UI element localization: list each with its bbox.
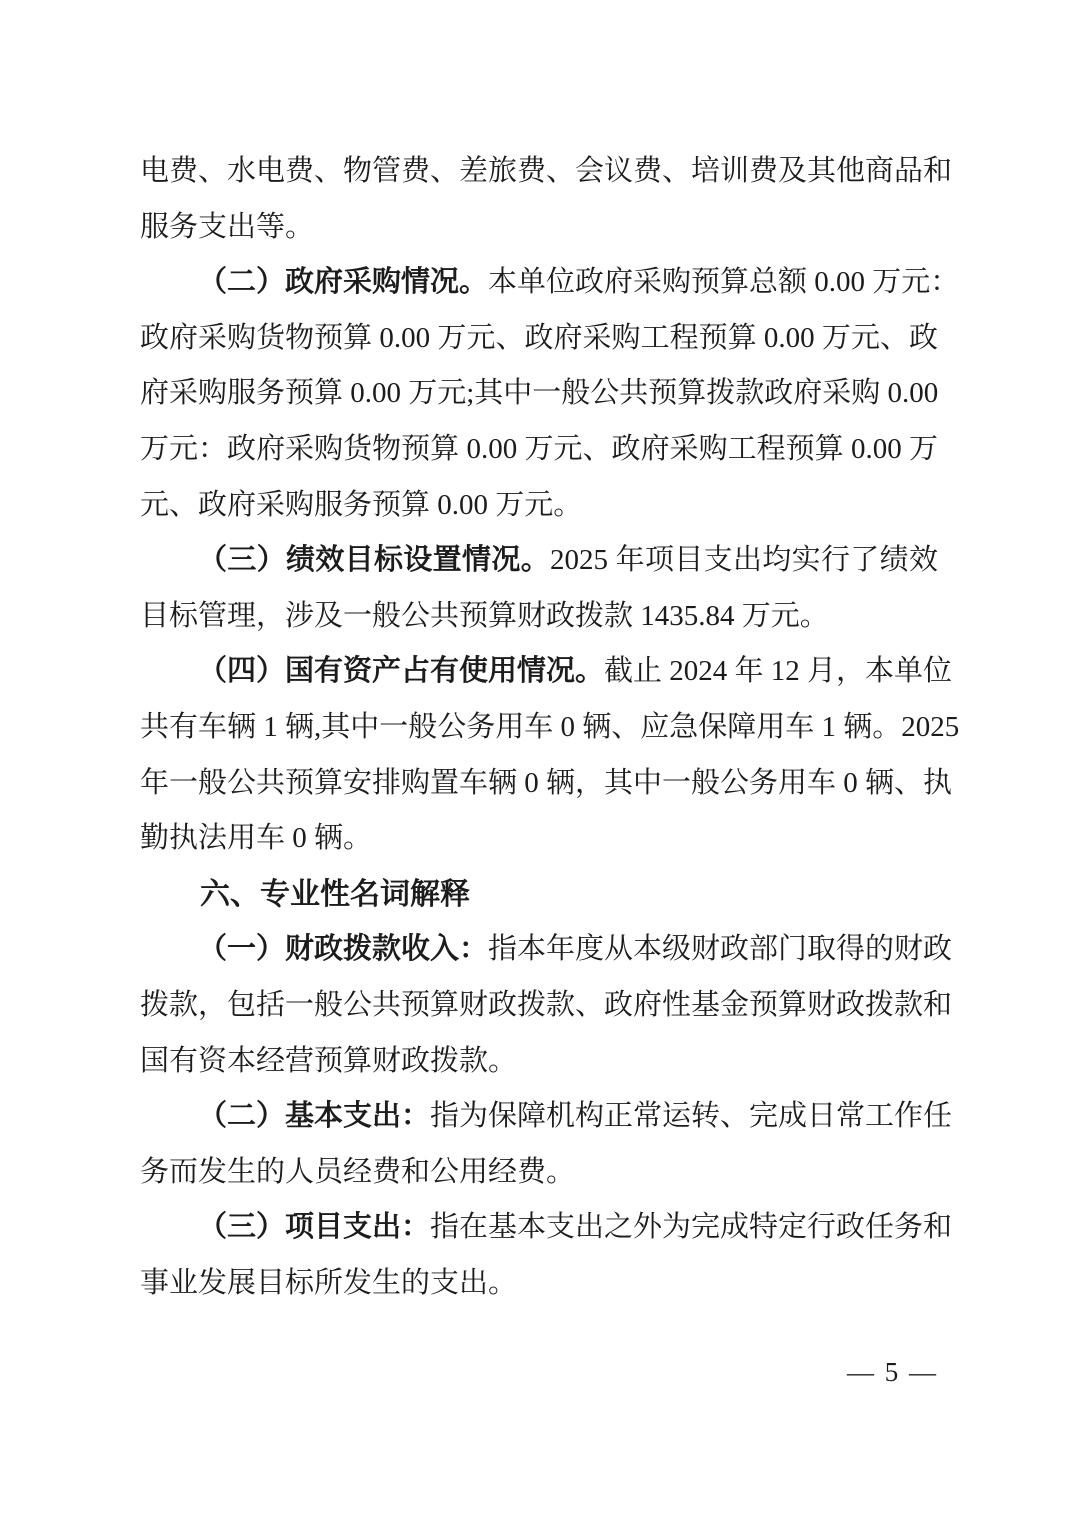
text-line: 府采购服务预算 0.00 万元;其中一般公共预算拨款政府采购 0.00 [140,366,938,422]
text-line: （二）基本支出：指为保障机构正常运转、完成日常工作任 [140,1089,938,1145]
line-text: 元、政府采购服务预算 0.00 万元。 [140,489,582,521]
section-heading-text: 六、专业性名词解释 [200,878,470,911]
line-text: 勤执法用车 0 辆。 [140,822,372,854]
line-text: 服务支出等。 [140,211,314,243]
paragraph-label: （三）绩效目标设置情况。 [198,544,550,576]
line-text: 国有资本经营预算财政拨款。 [140,1045,517,1077]
line-text: 电费、水电费、物管费、差旅费、会议费、培训费及其他商品和 [140,155,952,187]
line-text: 政府采购货物预算 0.00 万元、政府采购工程预算 0.00 万元、政 [140,322,938,354]
line-text: 指本年度从本级财政部门取得的财政 [488,933,952,965]
line-text: 目标管理，涉及一般公共预算财政拨款 1435.84 万元。 [140,600,829,632]
line-text: 指在基本支出之外为完成特定行政任务和 [430,1211,952,1243]
text-line: 勤执法用车 0 辆。 [140,811,938,867]
text-line: 万元：政府采购货物预算 0.00 万元、政府采购工程预算 0.00 万 [140,422,938,478]
text-line: 目标管理，涉及一般公共预算财政拨款 1435.84 万元。 [140,589,938,645]
text-line: 拨款，包括一般公共预算财政拨款、政府性基金预算财政拨款和 [140,978,938,1034]
text-line: 年一般公共预算安排购置车辆 0 辆，其中一般公务用车 0 辆、执 [140,756,938,812]
line-text: 年一般公共预算安排购置车辆 0 辆，其中一般公务用车 0 辆、执 [140,767,952,799]
document-body: 电费、水电费、物管费、差旅费、会议费、培训费及其他商品和 服务支出等。 （二）政… [140,144,938,1311]
line-text: 截止 2024 年 12 月，本单位 [604,655,952,687]
term-label: （一）财政拨款收入： [198,933,488,965]
page-number: — 5 — [847,1345,938,1400]
line-text: 务而发生的人员经费和公用经费。 [140,1156,575,1188]
text-line: 国有资本经营预算财政拨款。 [140,1034,938,1090]
line-text: 府采购服务预算 0.00 万元;其中一般公共预算拨款政府采购 0.00 [140,377,938,409]
line-text: 指为保障机构正常运转、完成日常工作任 [430,1100,952,1132]
line-text: 2025 年项目支出均实行了绩效 [550,544,938,576]
text-line: 政府采购货物预算 0.00 万元、政府采购工程预算 0.00 万元、政 [140,311,938,367]
text-line: 元、政府采购服务预算 0.00 万元。 [140,478,938,534]
line-text: 万元：政府采购货物预算 0.00 万元、政府采购工程预算 0.00 万 [140,433,938,465]
document-page: 电费、水电费、物管费、差旅费、会议费、培训费及其他商品和 服务支出等。 （二）政… [0,0,1074,1520]
term-label: （三）项目支出： [198,1211,430,1243]
line-text: 拨款，包括一般公共预算财政拨款、政府性基金预算财政拨款和 [140,989,952,1021]
text-line: （三）绩效目标设置情况。2025 年项目支出均实行了绩效 [140,533,938,589]
line-text: 本单位政府采购预算总额 0.00 万元： [488,266,959,298]
text-line: 务而发生的人员经费和公用经费。 [140,1145,938,1201]
section-heading: 六、专业性名词解释 [140,867,938,923]
line-text: 共有车辆 1 辆,其中一般公务用车 0 辆、应急保障用车 1 辆。2025 [140,711,959,743]
paragraph-label: （二）政府采购情况。 [198,266,488,298]
paragraph-label: （四）国有资产占有使用情况。 [198,655,604,687]
text-line: （四）国有资产占有使用情况。截止 2024 年 12 月，本单位 [140,644,938,700]
text-line: （二）政府采购情况。本单位政府采购预算总额 0.00 万元： [140,255,938,311]
text-line: 共有车辆 1 辆,其中一般公务用车 0 辆、应急保障用车 1 辆。2025 [140,700,938,756]
text-line: 服务支出等。 [140,200,938,256]
line-text: 事业发展目标所发生的支出。 [140,1267,517,1299]
term-label: （二）基本支出： [198,1100,430,1132]
text-line: （一）财政拨款收入：指本年度从本级财政部门取得的财政 [140,922,938,978]
text-line: （三）项目支出：指在基本支出之外为完成特定行政任务和 [140,1200,938,1256]
text-line: 事业发展目标所发生的支出。 [140,1256,938,1312]
text-line: 电费、水电费、物管费、差旅费、会议费、培训费及其他商品和 [140,144,938,200]
